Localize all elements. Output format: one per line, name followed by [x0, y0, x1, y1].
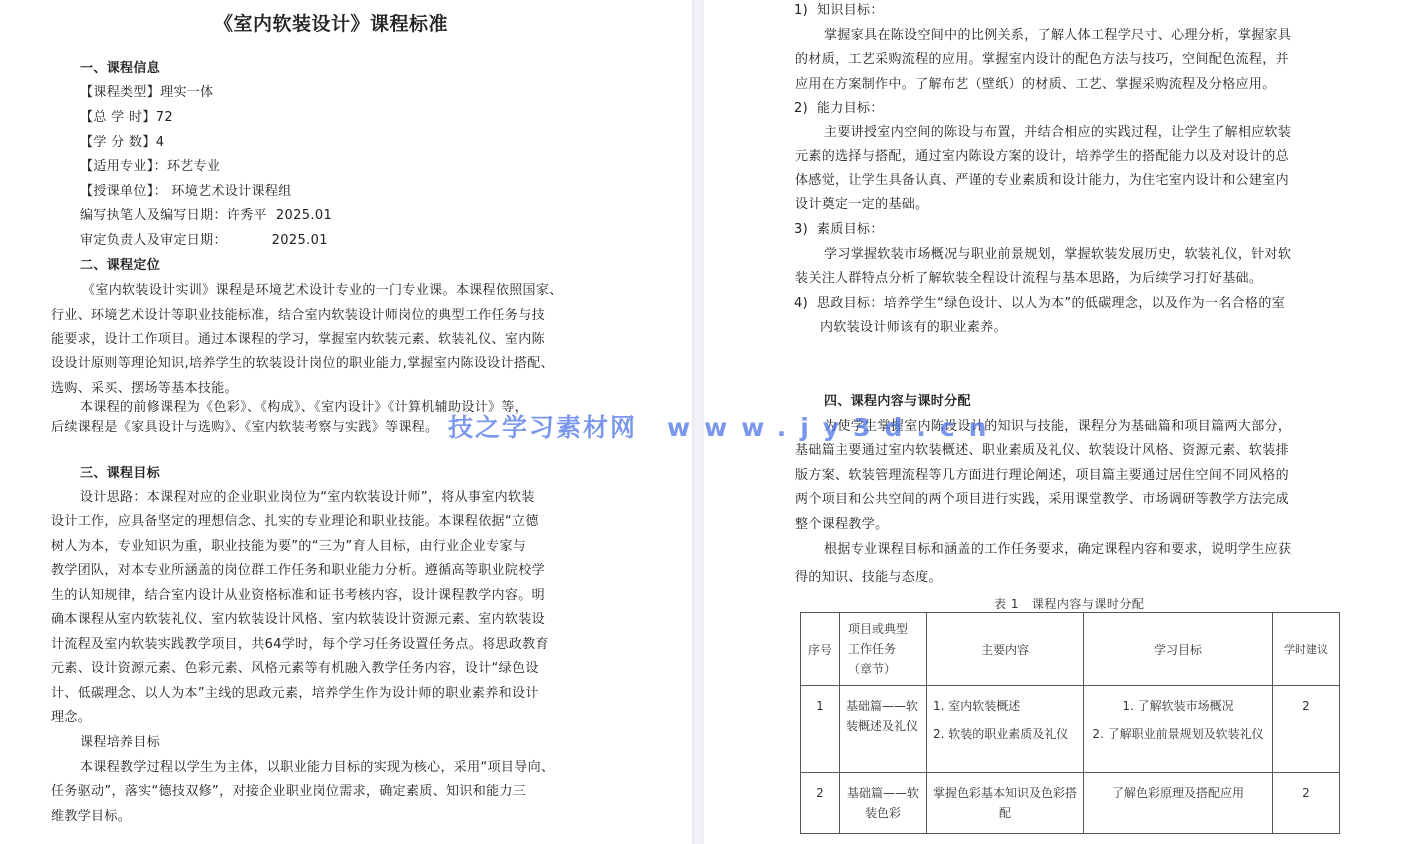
row-hours: 2: [1273, 773, 1339, 813]
row-content-item: 掌握色彩基本知识及色彩搭配: [927, 773, 1083, 833]
row-content-item: 2. 软装的职业素质及礼仪: [933, 724, 1077, 744]
row-task: 基础篇——软装概述及礼仪: [840, 686, 926, 746]
section-heading-objectives: 三、课程目标: [80, 466, 160, 482]
paragraph-line: 设设计原则等理论知识,培养学生的软装设计岗位的职业能力,掌握室内陈设设计搭配、: [51, 356, 554, 372]
row-goal-item: 了解色彩原理及搭配应用: [1084, 773, 1272, 813]
paragraph-line: 应用在方案制作中。了解布艺（壁纸）的材质、工艺、掌握采购流程及分格应用。: [795, 77, 1276, 93]
row-goal-item: 2. 了解职业前景规划及软装礼仪: [1090, 724, 1266, 744]
watermark-text: 技之学习素材网: [448, 413, 637, 442]
info-total-hours: 【总 学 时】72: [80, 110, 173, 126]
paragraph-line: 设计工作，应具备坚定的理想信念、扎实的专业理论和职业技能。本课程依据“立德: [51, 514, 539, 530]
paragraph-line: 主要讲授室内空间的陈设与布置，并结合相应的实践过程，让学生了解相应软装: [824, 125, 1291, 141]
paragraph-line: 选购、采买、摆场等基本技能。: [51, 381, 238, 397]
goal-label-ability: 2) 能力目标：: [794, 101, 884, 117]
row-task: 基础篇——软装色彩: [840, 773, 926, 833]
paragraph-line: 确本课程从室内软装礼仪、室内软装设计风格、室内软装设计资源元素、室内软装设: [51, 612, 545, 628]
watermark-url: www.jy3d.cn: [667, 413, 1000, 442]
paragraph-line: 行业、环境艺术设计等职业技能标准，结合室内软装设计师岗位的典型工作任务与技: [51, 308, 545, 324]
paragraph-line: 计、低碳理念、以人为本”主线的思政元素，培养学生作为设计师的职业素养和设计: [51, 686, 539, 702]
paragraph-line: 设计思路：本课程对应的企业职业岗位为“室内软装设计师”，将从事室内软装: [80, 490, 535, 506]
info-author-date: 编写执笔人及编写日期：许秀平 2025.01: [80, 208, 332, 224]
paragraph-line: 整个课程教学。: [795, 517, 888, 533]
paragraph-line: 计流程及室内软装实践教学项目，共64学时，每个学习任务设置任务点。将思政教育: [51, 637, 549, 653]
paragraph-line: 能要求，设计工作项目。通过本课程的学习，掌握室内软装元素、软装礼仪、室内陈: [51, 332, 545, 348]
paragraph-line: 装关注人群特点分析了解软装全程设计流程与基本思路，为后续学习打好基础。: [795, 271, 1262, 287]
row-no: 1: [801, 686, 839, 726]
header-task: 项目或典型工作任务（章节）: [840, 613, 926, 685]
paragraph-line: 教学团队，对本专业所涵盖的岗位群工作任务和职业能力分析。遵循高等职业院校学: [51, 563, 545, 579]
paragraph-line: 版方案、软装管理流程等几方面进行理论阐述，项目篇主要通过居住空间不同风格的: [795, 468, 1289, 484]
paragraph-line: 基础篇主要通过室内软装概述、职业素质及礼仪、软装设计风格、资源元素、软装排: [795, 443, 1289, 459]
info-course-type: 【课程类型】理实一体: [80, 85, 214, 101]
goal-label-ideology: 4) 思政目标：培养学生“绿色设计、以人为本”的低碳理念，以及作为一名合格的室: [794, 296, 1285, 312]
paragraph-line: 体感觉，让学生具备认真、严谨的专业素质和设计能力，为住宅室内设计和公建室内: [795, 173, 1289, 189]
info-unit: 【授课单位】： 环境艺术设计课程组: [80, 184, 292, 200]
table-row: 2 基础篇——软装色彩 掌握色彩基本知识及色彩搭配 了解色彩原理及搭配应用 2: [801, 773, 1340, 834]
course-content-table: 序号 项目或典型工作任务（章节） 主要内容 学习目标 学时建议 1 基础篇——软…: [800, 612, 1340, 834]
paragraph-line: 根据专业课程目标和涵盖的工作任务要求，确定课程内容和要求，说明学生应获: [824, 542, 1291, 558]
header-goal: 学习目标: [1084, 613, 1273, 686]
document-title: 《室内软装设计》课程标准: [214, 16, 448, 32]
info-reviewer-date: 审定负责人及审定日期： 2025.01: [80, 233, 328, 249]
section-heading-course-info: 一、课程信息: [80, 61, 160, 77]
paragraph-line: 得的知识、技能与态度。: [795, 570, 942, 586]
paragraph-line: 掌握家具在陈设空间中的比例关系，了解人体工程学尺寸、心理分析，掌握家具: [824, 28, 1291, 44]
paragraph-line: 任务驱动”，落实“德技双修”，对接企业职业岗位需求，确定素质、知识和能力三: [51, 784, 526, 800]
row-no: 2: [801, 773, 839, 813]
info-major: 【适用专业】：环艺专业: [80, 159, 220, 175]
paragraph-line: 内软装设计师该有的职业素养。: [820, 320, 1007, 336]
goal-label-knowledge: 1) 知识目标：: [794, 3, 884, 19]
paragraph-line: 后续课程是《家具设计与选购》、《室内软装考察与实践》等课程。: [51, 420, 439, 436]
table-caption: 表 1 课程内容与课时分配: [994, 595, 1144, 612]
row-content-item: 1. 室内软装概述: [933, 696, 1077, 716]
paragraph-line: 维教学目标。: [51, 809, 131, 825]
paragraph-line: 树人为本，专业知识为重，职业技能为要”的“三为”育人目标，由行业企业专家与: [51, 539, 526, 555]
table-header-row: 序号 项目或典型工作任务（章节） 主要内容 学习目标 学时建议: [801, 613, 1340, 686]
paragraph-line: 元素的选择与搭配，通过室内陈设方案的设计，培养学生的搭配能力以及对设计的总: [795, 149, 1289, 165]
paragraph-line: 学习掌握软装市场概况与职业前景规划，掌握软装发展历史，软装礼仪，针对软: [824, 247, 1291, 263]
header-no: 序号: [801, 613, 840, 686]
paragraph-line: 生的认知规律，结合室内设计从业资格标准和证书考核内容，设计课程教学内容。明: [51, 588, 545, 604]
watermark: 技之学习素材网www.jy3d.cn: [448, 408, 1000, 444]
section-heading-positioning: 二、课程定位: [80, 258, 160, 274]
paragraph-line: 两个项目和公共空间的两个项目进行实践，采用课堂教学、市场调研等教学方法完成: [795, 492, 1289, 508]
row-goal-item: 1. 了解软装市场概况: [1090, 696, 1266, 716]
paragraph-line: 元素、设计资源元素、色彩元素、风格元素等有机融入教学任务内容，设计“绿色设: [51, 661, 539, 677]
info-credits: 【学 分 数】4: [80, 135, 164, 151]
paragraph-line: 理念。: [51, 710, 91, 726]
paragraph-line: 本课程教学过程以学生为主体，以职业能力目标的实现为核心，采用“项目导向、: [80, 760, 554, 776]
goal-label-quality: 3) 素质目标：: [794, 222, 884, 238]
table-row: 1 基础篇——软装概述及礼仪 1. 室内软装概述 2. 软装的职业素质及礼仪 1…: [801, 686, 1340, 773]
row-hours: 2: [1273, 686, 1339, 726]
header-content: 主要内容: [927, 613, 1084, 686]
paragraph-line: 设计奠定一定的基础。: [795, 197, 929, 213]
header-hours: 学时建议: [1273, 613, 1340, 686]
paragraph-line: 的材质，工艺采购流程的应用。掌握室内设计的配色方法与技巧，空间配色流程，并: [795, 52, 1289, 68]
paragraph-line: 《室内软装设计实训》课程是环境艺术设计专业的一门专业课。本课程依照国家、: [82, 283, 563, 299]
sub-heading-training-goals: 课程培养目标: [80, 735, 160, 751]
